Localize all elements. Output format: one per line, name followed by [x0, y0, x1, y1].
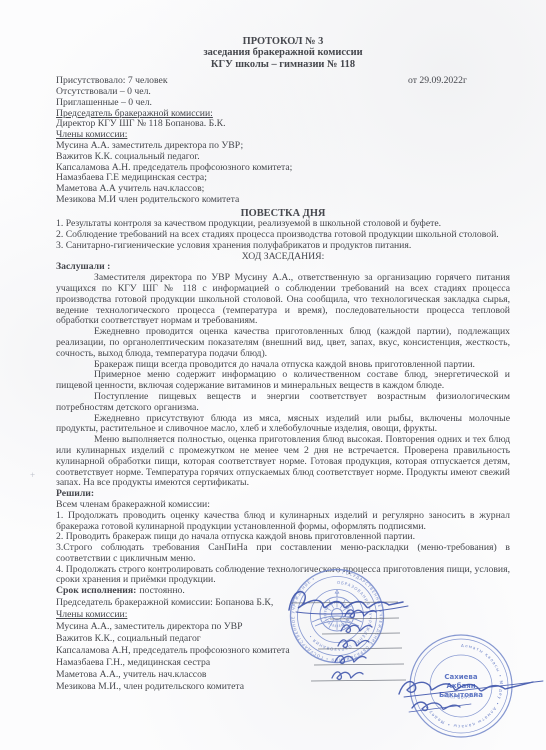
proceedings-body: Заместителя директора по УВР Мусину А.А.… — [56, 273, 510, 489]
resolution-item: 4. Продолжать строго контролировать собл… — [56, 565, 510, 587]
small-stamp-ring-text-path: Алматы қаласы • Медеу • Алматы қаласы • … — [423, 643, 504, 729]
signature-member-line: Мезикова М.И., член родительского комите… — [56, 681, 290, 693]
svg-text:Алматы қаласы • Медеу • Алматы: Алматы қаласы • Медеу • Алматы қаласы • … — [423, 643, 504, 729]
agenda-item: 3. Санитарно-гигиенические условия хране… — [56, 241, 510, 252]
signature-members-heading: Члены комиссии: — [56, 609, 290, 621]
paragraph: Ежедневно проводится оценка качества при… — [56, 327, 510, 359]
resolution-item: 1. Продолжать проводить оценку качества … — [56, 511, 510, 533]
resolutions-list: 1. Продолжать проводить оценку качества … — [56, 511, 510, 587]
paragraph: Заместителя директора по УВР Мусину А.А.… — [56, 273, 510, 327]
proceedings-heading: ХОД ЗАСЕДАНИЯ: — [56, 252, 510, 263]
signature-member-line: Важитов К.К., социальный педагог — [56, 633, 290, 645]
protocol-date: от 29.09.2022г — [408, 76, 467, 87]
title-line-1: ПРОТОКОЛ № 3 — [56, 36, 510, 47]
stamp-id-text: ИИН 600518 — [443, 691, 479, 701]
meta-block: Присутствовало: 7 человек от 29.09.2022г… — [56, 76, 510, 206]
paragraph: Примерное меню содержит информацию о кол… — [56, 370, 510, 392]
deadline-line: Срок исполнения:постоянно. — [56, 586, 510, 597]
principal-signature-icon — [399, 681, 543, 712]
deadline-value: постоянно. — [139, 585, 184, 596]
document-title: ПРОТОКОЛ № 3 заседания бракеражной комис… — [56, 36, 510, 70]
small-stamp-id: ИИН 600518 — [443, 691, 479, 701]
paragraph: Меню выполняется полностью, оценка приго… — [56, 435, 510, 489]
title-line-2: заседания бракеражной комиссии — [56, 47, 510, 58]
stamp-name-line2: Акбаян — [446, 682, 475, 690]
protocol-document: ПРОТОКОЛ № 3 заседания бракеражной комис… — [0, 0, 546, 750]
member-signatures-icon — [332, 610, 376, 680]
member-item: Важитов К.К. социальный педагог. — [56, 152, 510, 163]
scan-artifact: + — [30, 470, 35, 480]
signature-member-line: Маметова А.А., учитель нач.классов — [56, 669, 290, 681]
signature-member-line: Мусина А.А., заместитель директора по УВ… — [56, 621, 290, 633]
member-item: Мезикова М.И член родительского комитета — [56, 195, 510, 206]
svg-text:ИИН 600518: ИИН 600518 — [443, 691, 479, 701]
resolution-item: 3.Строго соблюдать требования СанПиНа пр… — [56, 543, 510, 565]
attendance-row: Присутствовало: 7 человек от 29.09.2022г — [56, 76, 510, 87]
small-round-stamp-icon — [410, 635, 512, 737]
paragraph: Ежедневно присутствуют блюда из мяса, мя… — [56, 414, 510, 436]
signature-block: Председатель бракеражной комиссии: Бопан… — [56, 597, 290, 693]
deadline-label: Срок исполнения: — [56, 585, 136, 596]
signature-member-line: Капсаламова А.Н, председатель профсоюзно… — [56, 645, 290, 657]
small-stamp-ring-text: Алматы қаласы • Медеу • Алматы қаласы • … — [423, 643, 504, 729]
small-stamp-name: Сахиева Акбаян Бакытовна — [439, 673, 483, 699]
agenda-list: 1. Результаты контроля за качеством прод… — [56, 219, 510, 251]
paragraph: Поступление пищевых веществ и энергии со… — [56, 392, 510, 414]
signature-lines — [291, 602, 406, 681]
signature-chair-line: Председатель бракеражной комиссии: Бопан… — [56, 597, 290, 609]
stamp-name-line1: Сахиева — [444, 673, 477, 681]
signature-member-line: Намазбаева Г.Н., медицинская сестра — [56, 657, 290, 669]
title-line-3: КГУ школы – гимназии № 118 — [56, 59, 510, 70]
stamp-name-line3: Бакытовна — [439, 691, 483, 699]
attendance-present: Присутствовало: 7 человек — [56, 75, 168, 86]
attendance-invited: Приглашенные – 0 чел. — [56, 98, 510, 109]
